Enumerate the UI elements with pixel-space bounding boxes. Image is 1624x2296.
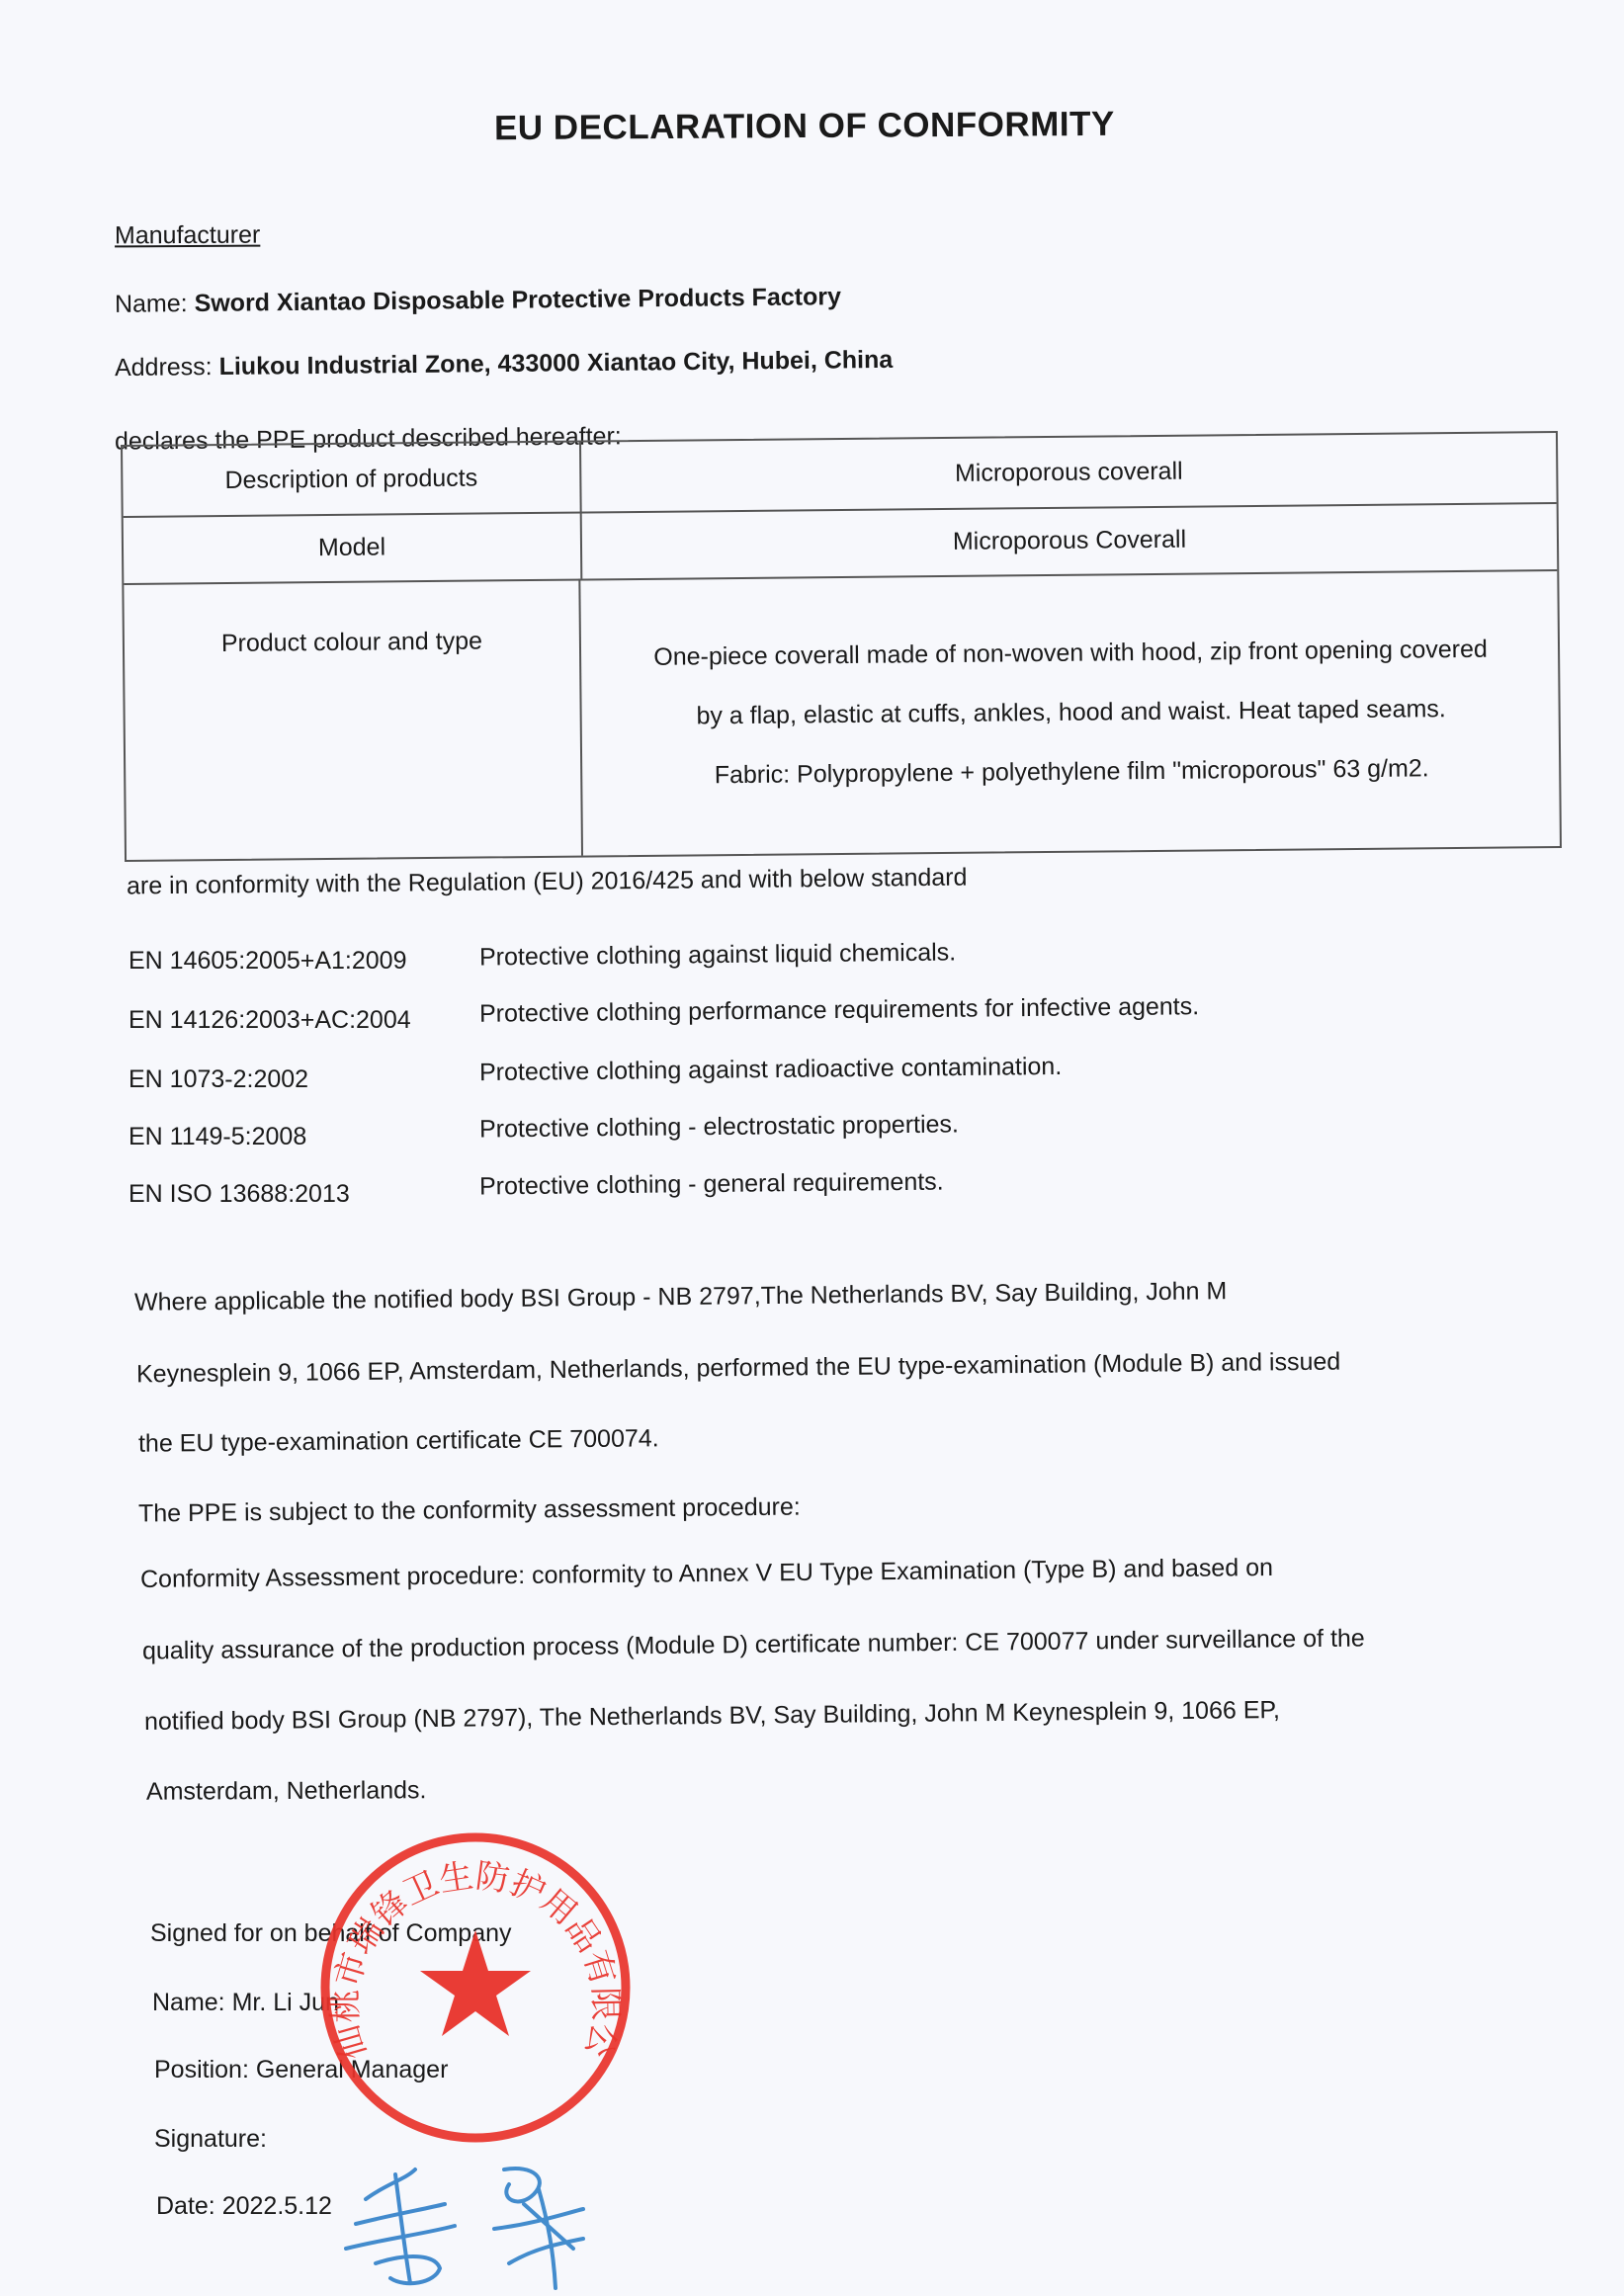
handwritten-signature-icon [336, 2155, 613, 2293]
standard-code: EN ISO 13688:2013 [128, 1180, 350, 1209]
signature-label: Signature: [154, 2125, 267, 2154]
svg-text:仙桃市瑞锋卫生防护用品有限公司: 仙桃市瑞锋卫生防护用品有限公司 [314, 1827, 625, 2064]
standard-description: Protective clothing against radioactive … [479, 1053, 1063, 1087]
address-value: Liukou Industrial Zone, 433000 Xiantao C… [218, 346, 893, 381]
product-table: Description of products Microporous cove… [121, 431, 1562, 862]
standard-description: Protective clothing - electrostatic prop… [479, 1110, 959, 1144]
table-value-line: One-piece coverall made of non-woven wit… [653, 620, 1488, 687]
paragraph-line: Amsterdam, Netherlands. [146, 1776, 427, 1806]
address-label: Address: [115, 353, 219, 382]
name-value: Sword Xiantao Disposable Protective Prod… [194, 283, 841, 317]
standard-description: Protective clothing against liquid chemi… [479, 938, 956, 972]
table-label: Model [124, 512, 583, 583]
table-value-line: Microporous Coverall [953, 510, 1187, 571]
table-row: Product colour and type One-piece covera… [124, 569, 1560, 860]
standard-code: EN 14126:2003+AC:2004 [128, 1006, 411, 1035]
table-value: Microporous coverall [581, 433, 1557, 511]
paragraph-line: quality assurance of the production proc… [142, 1625, 1365, 1666]
standard-code: EN 1073-2:2002 [128, 1065, 308, 1094]
table-value-line: Fabric: Polypropylene + polyethylene fil… [714, 738, 1428, 805]
conformity-text: are in conformity with the Regulation (E… [127, 864, 968, 901]
paragraph-line: Keynesplein 9, 1066 EP, Amsterdam, Nethe… [136, 1348, 1341, 1390]
page-title: EU DECLARATION OF CONFORMITY [494, 105, 1115, 148]
name-label: Name: [115, 290, 195, 318]
table-label: Product colour and type [124, 579, 583, 860]
table-value-line: by a flap, elastic at cuffs, ankles, hoo… [696, 679, 1446, 745]
procedure-intro: The PPE is subject to the conformity ass… [138, 1492, 801, 1528]
paragraph-line: notified body BSI Group (NB 2797), The N… [144, 1696, 1280, 1737]
manufacturer-heading: Manufacturer [115, 221, 260, 251]
standard-code: EN 1149-5:2008 [128, 1123, 306, 1151]
standard-code: EN 14605:2005+A1:2009 [128, 947, 407, 976]
paragraph-line: Where applicable the notified body BSI G… [134, 1277, 1228, 1318]
table-label: Description of products [123, 443, 582, 516]
table-value-line: Microporous coverall [955, 442, 1183, 503]
declaration-page: EU DECLARATION OF CONFORMITY Manufacture… [0, 0, 1624, 2296]
manufacturer-name: Name: Sword Xiantao Disposable Protectiv… [115, 283, 841, 319]
standard-description: Protective clothing - general requiremen… [479, 1168, 944, 1202]
signature-date: Date: 2022.5.12 [156, 2192, 332, 2221]
table-value: One-piece coverall made of non-woven wit… [582, 569, 1560, 855]
company-seal-icon: 仙桃市瑞锋卫生防护用品有限公司 [314, 1827, 637, 2149]
paragraph-line: the EU type-examination certificate CE 7… [138, 1424, 659, 1459]
standard-description: Protective clothing performance requirem… [479, 992, 1199, 1029]
table-value: Microporous Coverall [582, 502, 1558, 578]
manufacturer-address: Address: Liukou Industrial Zone, 433000 … [115, 346, 893, 383]
signer-name: Name: Mr. Li Jun [152, 1989, 339, 2017]
paragraph-line: Conformity Assessment procedure: conform… [140, 1554, 1273, 1594]
